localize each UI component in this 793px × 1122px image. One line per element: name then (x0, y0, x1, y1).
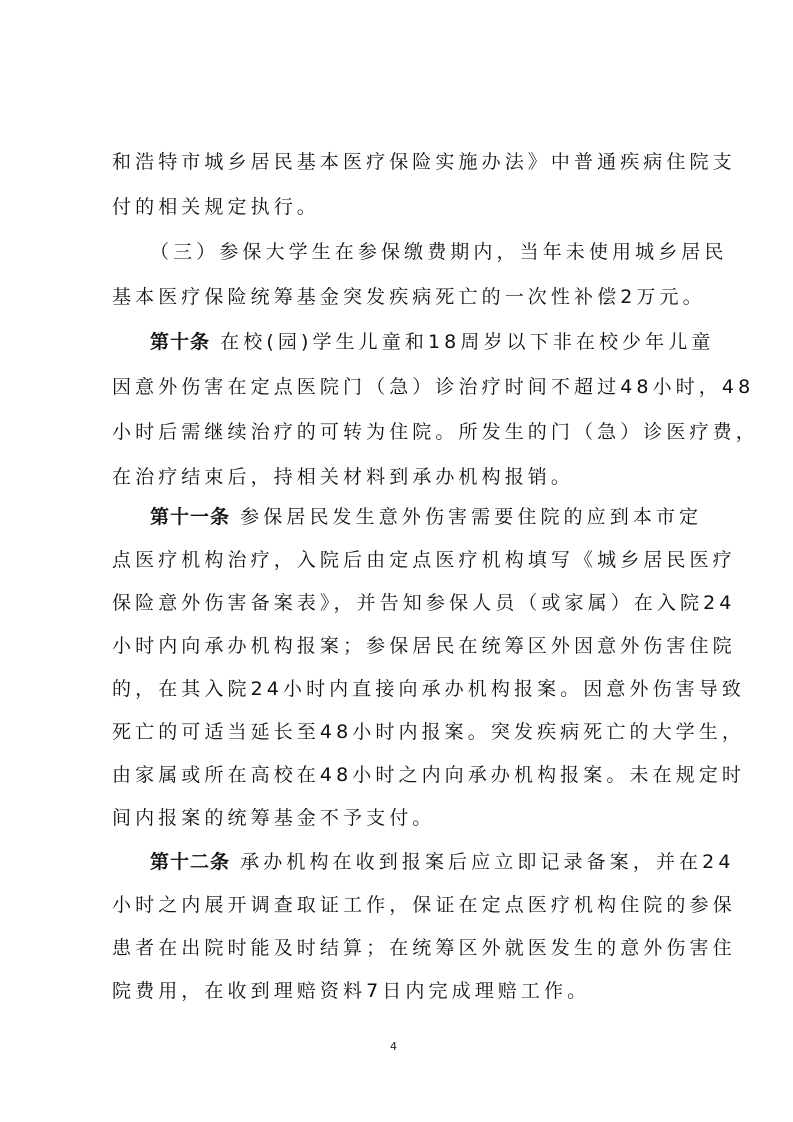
document-page: 和浩特市城乡居民基本医疗保险实施办法》中普通疾病住院支 付的相关规定执行。 （三… (0, 0, 793, 1122)
text-line: 小时之内展开调查取证工作，保证在定点医疗机构住院的参保 (112, 893, 684, 917)
text-line: 的，在其入院24小时内直接向承办机构报案。因意外伤害导致 (112, 677, 684, 701)
article-text: 参保居民发生意外伤害需要住院的应到本市定 (230, 506, 702, 528)
text-line: 院费用，在收到理赔资料7日内完成理赔工作。 (112, 979, 684, 1003)
text-line: 付的相关规定执行。 (112, 195, 684, 219)
text-line: 由家属或所在高校在48小时之内向承办机构报案。未在规定时 (112, 763, 684, 787)
text-line: （三）参保大学生在参保缴费期内，当年未使用城乡居民 (150, 240, 684, 264)
text-line: 保险意外伤害备案表》，并告知参保人员（或家属）在入院24 (112, 591, 684, 615)
article-title: 第十一条 (150, 506, 230, 528)
text-line: 小时后需继续治疗的可转为住院。所发生的门（急）诊医疗费， (112, 420, 684, 444)
text-line: 小时内向承办机构报案；参保居民在统筹区外因意外伤害住院 (112, 634, 684, 658)
text-line: 基本医疗保险统筹基金突发疾病死亡的一次性补偿2万元。 (112, 285, 684, 309)
text-line: 和浩特市城乡居民基本医疗保险实施办法》中普通疾病住院支 (112, 150, 684, 174)
text-line: 在治疗结束后，持相关材料到承办机构报销。 (112, 465, 684, 489)
text-line: 因意外伤害在定点医院门（急）诊治疗时间不超过48小时，48 (112, 375, 684, 399)
article-11-heading-line: 第十一条 参保居民发生意外伤害需要住院的应到本市定 (150, 505, 684, 529)
text-line: 患者在出院时能及时结算；在统筹区外就医发生的意外伤害住 (112, 936, 684, 960)
article-text: 在校(园)学生儿童和18周岁以下非在校少年儿童 (210, 331, 714, 353)
text-line: 间内报案的统筹基金不予支付。 (112, 806, 684, 830)
article-10-heading-line: 第十条 在校(园)学生儿童和18周岁以下非在校少年儿童 (150, 330, 684, 354)
text-line: 死亡的可适当延长至48小时内报案。突发疾病死亡的大学生， (112, 720, 684, 744)
article-title: 第十二条 (150, 851, 230, 873)
article-title: 第十条 (150, 331, 210, 353)
article-text: 承办机构在收到报案后应立即记录备案，并在24 (230, 851, 735, 873)
text-line: 点医疗机构治疗，入院后由定点医疗机构填写《城乡居民医疗 (112, 548, 684, 572)
article-12-heading-line: 第十二条 承办机构在收到报案后应立即记录备案，并在24 (150, 850, 684, 874)
page-number: 4 (390, 1040, 397, 1053)
